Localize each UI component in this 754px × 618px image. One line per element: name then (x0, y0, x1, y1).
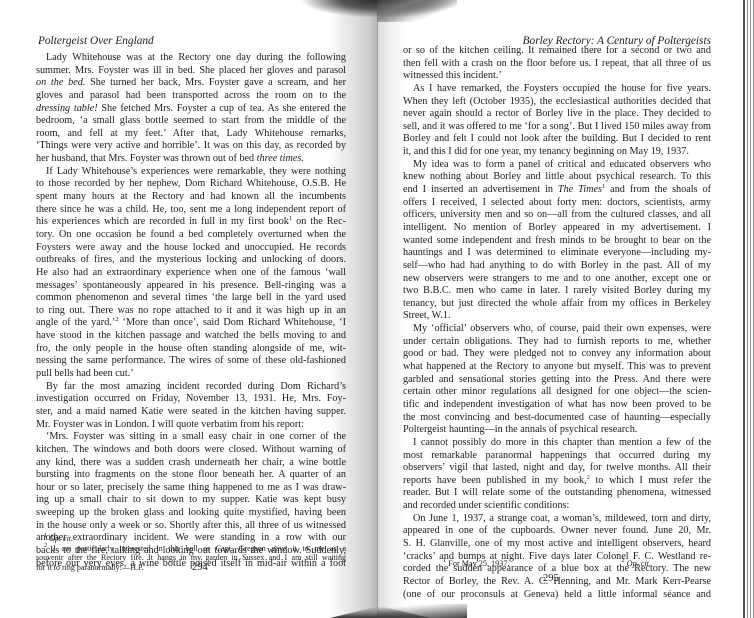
book-spread: Poltergeist Over England Lady Whitehouse… (0, 0, 754, 618)
left-page-footnotes: 1 Op. cit.2 I am particularly interested… (36, 534, 346, 572)
left-page-body: Lady Whitehouse was at the Rectory one d… (36, 52, 346, 570)
text-line: pull bells had been cut.’ (36, 368, 346, 381)
text-line: As I have remarked, the Foysters occupie… (403, 83, 711, 96)
text-line: dressing table! She fetched Mrs. Foyster… (36, 103, 346, 116)
text-line: her husband, that Mrs. Foyster was throw… (36, 153, 346, 166)
text-line: nessing the same performance. The wires … (36, 355, 346, 368)
text-line: intelligent. No mention of Borley appear… (403, 222, 711, 235)
text-line: tenancy, but just directed the whole aff… (403, 298, 711, 311)
text-line: in the house only a week or so. Shortly … (36, 520, 346, 533)
text-line: appeared in one of the cupboards. Owner … (403, 525, 711, 538)
text-line: tory. On one occasion he found a bed com… (36, 229, 346, 242)
footnote-row: 1 For May 25, 1937.2 Op. cit. (403, 559, 711, 569)
text-line: Poltergeist haunting—in the annals of ps… (403, 424, 711, 437)
text-line: hauntings and I was determined to elimin… (403, 247, 711, 260)
text-line: S. H. Glanville, one of my most active a… (403, 538, 711, 551)
text-line: I cannot possibly do more in this chapte… (403, 437, 711, 450)
text-line: ‘Mrs. Foyster was sitting in a small eas… (36, 431, 346, 444)
text-line: kitchen. The windows and both doors were… (36, 444, 346, 457)
text-line: it, and this I did for one year, my tena… (403, 146, 711, 159)
text-line: wanted some independent and fresh minds … (403, 235, 711, 248)
text-line: certain other minor regulations all desi… (403, 386, 711, 399)
text-line: My idea was to form a panel of critical … (403, 159, 711, 172)
text-line: He also had an extraordinary experience … (36, 267, 346, 280)
text-line: on the bed. She turned her back, Mrs. Fo… (36, 77, 346, 90)
text-line: officers, university men and so on—all f… (403, 209, 711, 222)
text-line: gloves and parasol had been transported … (36, 90, 346, 103)
text-line: his experiences which are recorded in fu… (36, 216, 346, 229)
text-line: bedroom, ‘a small glass bottle seemed to… (36, 115, 346, 128)
text-line: any kind, there was a sudden crash under… (36, 457, 346, 470)
text-line: room, and fell at my feet.’ After that, … (36, 128, 346, 141)
text-line: end I inserted an advertisement in The T… (403, 184, 711, 197)
page-stack-edge (746, 0, 754, 618)
page-number-left: 294 (192, 562, 208, 574)
footnote-2-line: souvenir after the Rectory fire. It hang… (36, 553, 346, 563)
text-line: Street, W.1. (403, 310, 711, 323)
text-line: (one of our proconsuls at Geneva) held a… (403, 589, 711, 602)
text-line: offers I received, I selected about fort… (403, 197, 711, 210)
text-line: witnessed this incident.’ (403, 70, 711, 83)
text-line: and recorded under scientific conditions… (403, 500, 711, 513)
text-line: reader. But I will relate some of the ou… (403, 487, 711, 500)
text-line: Mr. Foyster was in London. I will quote … (36, 419, 346, 432)
footnote-2-line: 2 I am particularly interested in this b… (36, 544, 346, 554)
text-line: good or bad. They were pledged not to co… (403, 348, 711, 361)
text-line: there since he was a child. He, too, sen… (36, 204, 346, 217)
text-line: On June 1, 1937, a strange coat, a woman… (403, 513, 711, 526)
page-number-right: 295 (543, 573, 559, 585)
text-line: If Lady Whitehouse’s experiences were re… (36, 166, 346, 179)
text-line: the most convincing and best-documented … (403, 412, 711, 425)
page-edge-line (743, 0, 745, 618)
text-line: observers’ vigil that lasted, night and … (403, 462, 711, 475)
text-line: outbreaks of fires, and the mysterious l… (36, 254, 346, 267)
text-line: By far the most amazing incident recorde… (36, 381, 346, 394)
running-head-left: Poltergeist Over England (38, 34, 154, 48)
text-line: to ring out. There was no rope attached … (36, 305, 346, 318)
footnote-1: 1 Op. cit. (36, 534, 346, 544)
text-line: self—who had had anything to do with Bor… (403, 260, 711, 273)
text-line: investigation occurred on Friday, Novemb… (36, 393, 346, 406)
text-line: two B.B.C. men who came in later. I rare… (403, 285, 711, 298)
text-line: messages’ spontaneously appeared in his … (36, 280, 346, 293)
text-line: or so of the kitchen ceiling. It remaine… (403, 45, 711, 58)
gutter-shadow-right (378, 0, 406, 618)
text-line: what happened at the Rectory to anyone b… (403, 361, 711, 374)
text-line: never again should a rector of Borley li… (403, 108, 711, 121)
text-line: sweeping up the broken glass and looking… (36, 507, 346, 520)
text-line: ster, and a maid named Katie were seated… (36, 406, 346, 419)
left-page: Poltergeist Over England Lady Whitehouse… (36, 0, 346, 618)
text-line: When they left (October 1935), the eccle… (403, 96, 711, 109)
text-line: spent many hours at the Rectory and had … (36, 191, 346, 204)
text-line: My ‘official’ observers who, of course, … (403, 323, 711, 336)
text-line: have stood in the kitchen passage and wa… (36, 330, 346, 343)
text-line: knew nothing about Borley and little abo… (403, 171, 711, 184)
text-line: Lady Whitehouse was at the Rectory one d… (36, 52, 346, 65)
text-line: under certain obligations. They had to f… (403, 336, 711, 349)
right-page-footnotes: 1 For May 25, 1937.2 Op. cit. (403, 559, 711, 569)
right-page-body: or so of the kitchen ceiling. It remaine… (403, 45, 711, 601)
text-line: angle of the yard.’2 ‘More than once’, s… (36, 317, 346, 330)
text-line: Borley and felt I could not look after t… (403, 133, 711, 146)
footnote-1: 1 For May 25, 1937. (443, 559, 509, 569)
text-line: bursting into fragments on the stone flo… (36, 469, 346, 482)
text-line: to those recorded by her nephew, Dom Ric… (36, 178, 346, 191)
text-line: ing up a small chair to sit down to my s… (36, 494, 346, 507)
text-line: tific and independent investigation of w… (403, 399, 711, 412)
text-line: most remarkable paranormal happenings th… (403, 450, 711, 463)
text-line: garbled and sensational stories getting … (403, 374, 711, 387)
footnote-2-line: for it to ring paranormally!—H.P. (36, 563, 346, 573)
text-line: sell, and it was offered to me ‘for a so… (403, 121, 711, 134)
right-page: Borley Rectory: A Century of Poltergeist… (403, 0, 711, 618)
text-line: then fell with a crash on the floor befo… (403, 58, 711, 71)
text-line: ‘Things were very active and horrible’. … (36, 140, 346, 153)
text-line: new observers were strangers to me and t… (403, 273, 711, 286)
text-line: reports have been published in my book,2… (403, 475, 711, 488)
footnote-2: 2 Op. cit. (621, 559, 651, 569)
text-line: fro, the only people in the house often … (36, 343, 346, 356)
text-line: summer. Mrs. Foyster was ill in bed. She… (36, 65, 346, 78)
text-line: Foysters were away and the house locked … (36, 242, 346, 255)
text-line: hour or so later, precisely the same thi… (36, 482, 346, 495)
text-line: common phenomenon and several times ‘the… (36, 292, 346, 305)
